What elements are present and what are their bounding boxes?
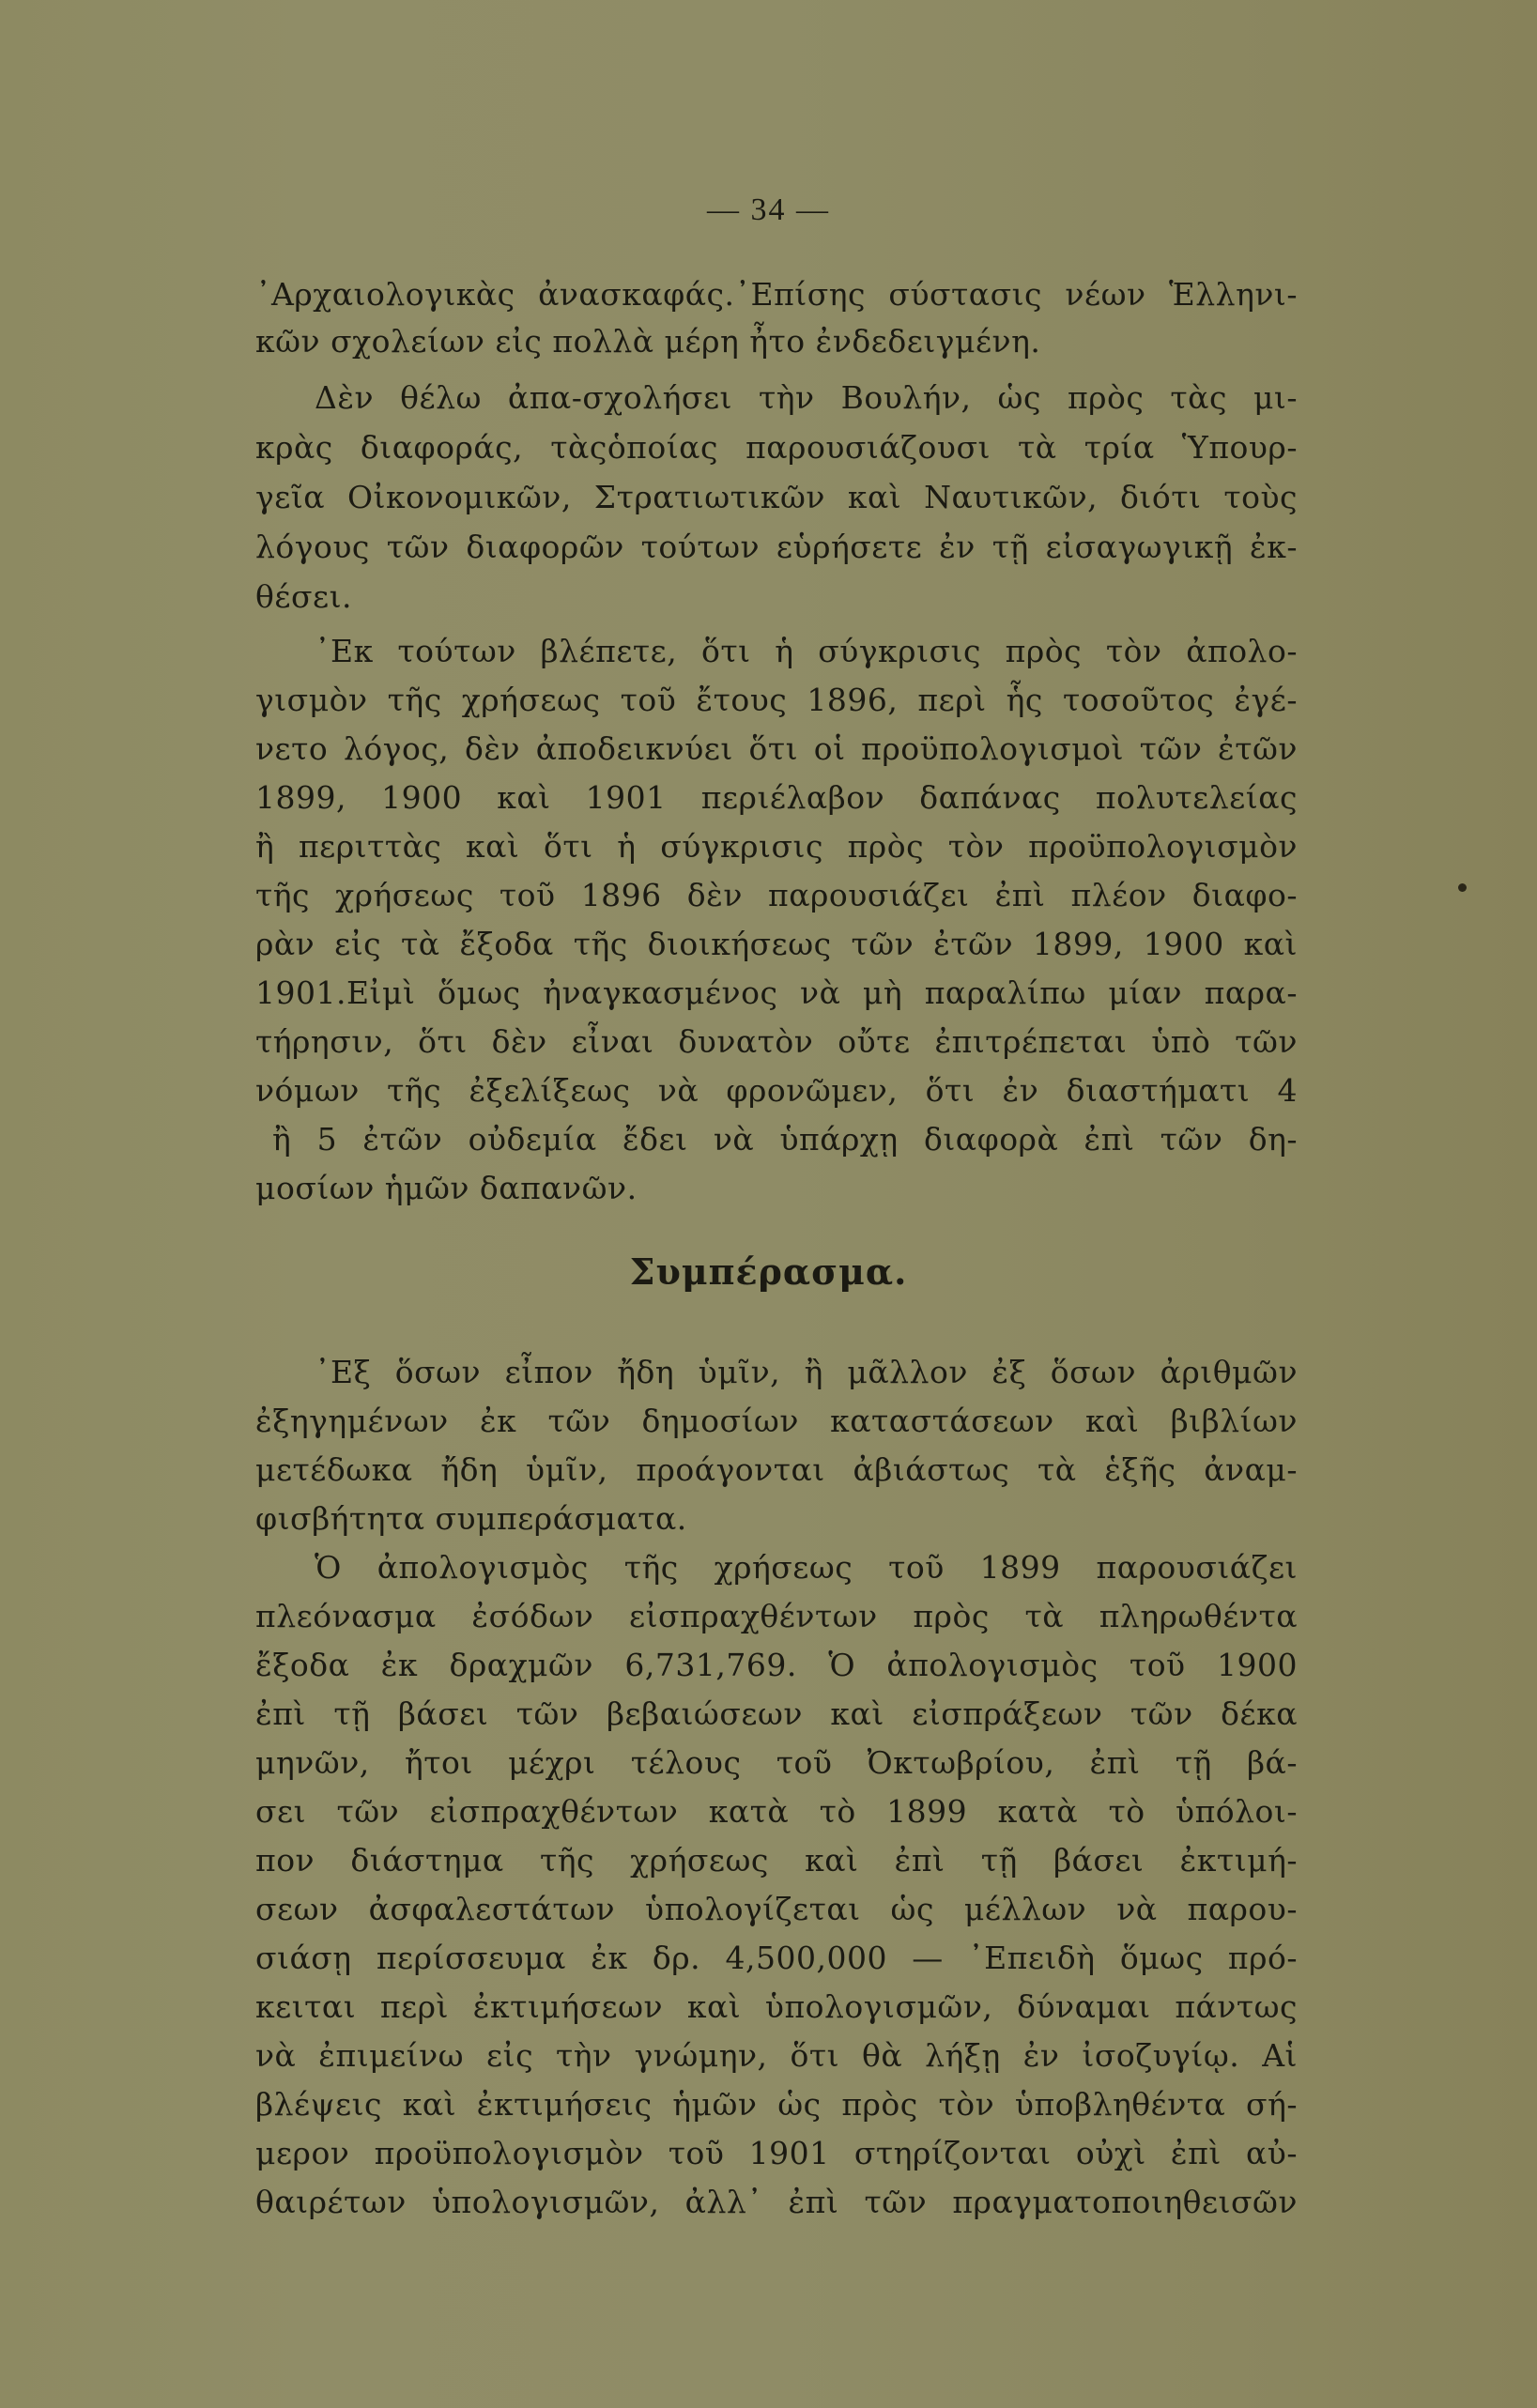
text-line: ἐπὶ τῇ βάσει τῶν βεβαιώσεων καὶ εἰσπράξε… — [255, 1692, 1298, 1737]
text-line: ᾿Εκ τούτων βλέπετε, ὅτι ἡ σύγκρισις πρὸς… — [315, 629, 1298, 674]
text-line: βλέψεις καὶ ἐκτιμήσεις ἡμῶν ὡς πρὸς τὸν … — [255, 2082, 1298, 2127]
text-line: ᾿Εξ ὅσων εἶπον ἤδη ὑμῖν, ἢ μᾶλλον ἐξ ὅσω… — [315, 1350, 1298, 1395]
paper-speck — [1458, 883, 1467, 892]
text-line: 1901.Εἰμὶ ὅμως ἠναγκασμένος νὰ μὴ παραλί… — [255, 971, 1298, 1016]
text-line: θαιρέτων ὑπολογισμῶν, ἀλλ᾿ ἐπὶ τῶν πραγμ… — [255, 2180, 1298, 2225]
text-line: κειται περὶ ἐκτιμήσεων καὶ ὑπολογισμῶν, … — [255, 1985, 1298, 2030]
text-line: θέσει. — [255, 575, 1298, 620]
text-line: γεῖα Οἰκονομικῶν, Στρατιωτικῶν καὶ Ναυτι… — [255, 475, 1298, 520]
text-line: σιάσῃ περίσσευμα ἐκ δρ. 4,500,000 — ᾿Επε… — [255, 1936, 1298, 1981]
text-line: 1899, 1900 καὶ 1901 περιέλαβον δαπάνας π… — [255, 775, 1298, 821]
scanned-book-page: — 34 — ᾿Αρχαιολογικὰς ἀνασκαφάς.᾿Επίσης … — [0, 0, 1537, 2408]
text-line: νετο λόγος, δὲν ἀποδεικνύει ὅτι οἱ προϋπ… — [255, 727, 1298, 772]
text-line: τῆς χρήσεως τοῦ 1896 δὲν παρουσιάζει ἐπὶ… — [255, 873, 1298, 918]
text-line: μοσίων ἡμῶν δαπανῶν. — [255, 1166, 1298, 1211]
text-line: μηνῶν, ἤτοι μέχρι τέλους τοῦ Ὀκτωβρίου, … — [255, 1741, 1298, 1786]
text-line: φισβήτητα συμπεράσματα. — [255, 1496, 1298, 1541]
text-line: τήρησιν, ὅτι δὲν εἶναι δυνατὸν οὔτε ἐπιτ… — [255, 1020, 1298, 1065]
text-line: μερον προϋπολογισμὸν τοῦ 1901 στηρίζοντα… — [255, 2131, 1298, 2176]
text-line: Δὲν θέλω ἀπα-σχολήσει τὴν Βουλήν, ὡς πρὸ… — [315, 376, 1298, 421]
page-number: — 34 — — [0, 192, 1537, 228]
text-line: σεων ἀσφαλεστάτων ὑπολογίζεται ὡς μέλλων… — [255, 1887, 1298, 1932]
text-line: μετέδωκα ἤδη ὑμῖν, προάγονται ἀβιάστως τ… — [255, 1448, 1298, 1493]
text-line: νὰ ἐπιμείνω εἰς τὴν γνώμην, ὅτι θὰ λήξῃ … — [255, 2033, 1298, 2078]
text-line: ἢ περιττὰς καὶ ὅτι ἡ σύγκρισις πρὸς τὸν … — [255, 824, 1298, 869]
text-line: πον διάστημα τῆς χρήσεως καὶ ἐπὶ τῇ βάσε… — [255, 1838, 1298, 1883]
text-line: κῶν σχολείων εἰς πολλὰ μέρη ἦτο ἐνδεδειγ… — [255, 319, 1298, 364]
text-line: ἔξοδα ἐκ δραχμῶν 6,731,769. Ὁ ἀπολογισμὸ… — [255, 1643, 1298, 1688]
text-line: γισμὸν τῆς χρήσεως τοῦ ἔτους 1896, περὶ … — [255, 678, 1298, 723]
text-line: νόμων τῆς ἐξελίξεως νὰ φρονῶμεν, ὅτι ἐν … — [255, 1068, 1298, 1113]
text-line: Ὁ ἀπολογισμὸς τῆς χρήσεως τοῦ 1899 παρου… — [315, 1545, 1298, 1590]
text-line: πλεόνασμα ἐσόδων εἰσπραχθέντων πρὸς τὰ π… — [255, 1594, 1298, 1639]
text-line: ᾿Αρχαιολογικὰς ἀνασκαφάς.᾿Επίσης σύστασι… — [255, 272, 1298, 317]
text-line: ἢ 5 ἐτῶν οὐδεμία ἔδει νὰ ὑπάρχῃ διαφορὰ … — [272, 1117, 1298, 1162]
text-line: σει τῶν εἰσπραχθέντων κατὰ τὸ 1899 κατὰ … — [255, 1789, 1298, 1834]
section-heading: Συμπέρασμα. — [0, 1250, 1537, 1293]
text-line: λόγους τῶν διαφορῶν τούτων εὑρήσετε ἐν τ… — [255, 525, 1298, 570]
text-line: κρὰς διαφοράς, τὰςὁποίας παρουσιάζουσι τ… — [255, 425, 1298, 470]
text-line: ἐξηγημένων ἐκ τῶν δημοσίων καταστάσεων κ… — [255, 1399, 1298, 1444]
text-line: ρὰν εἰς τὰ ἔξοδα τῆς διοικήσεως τῶν ἐτῶν… — [255, 922, 1298, 967]
